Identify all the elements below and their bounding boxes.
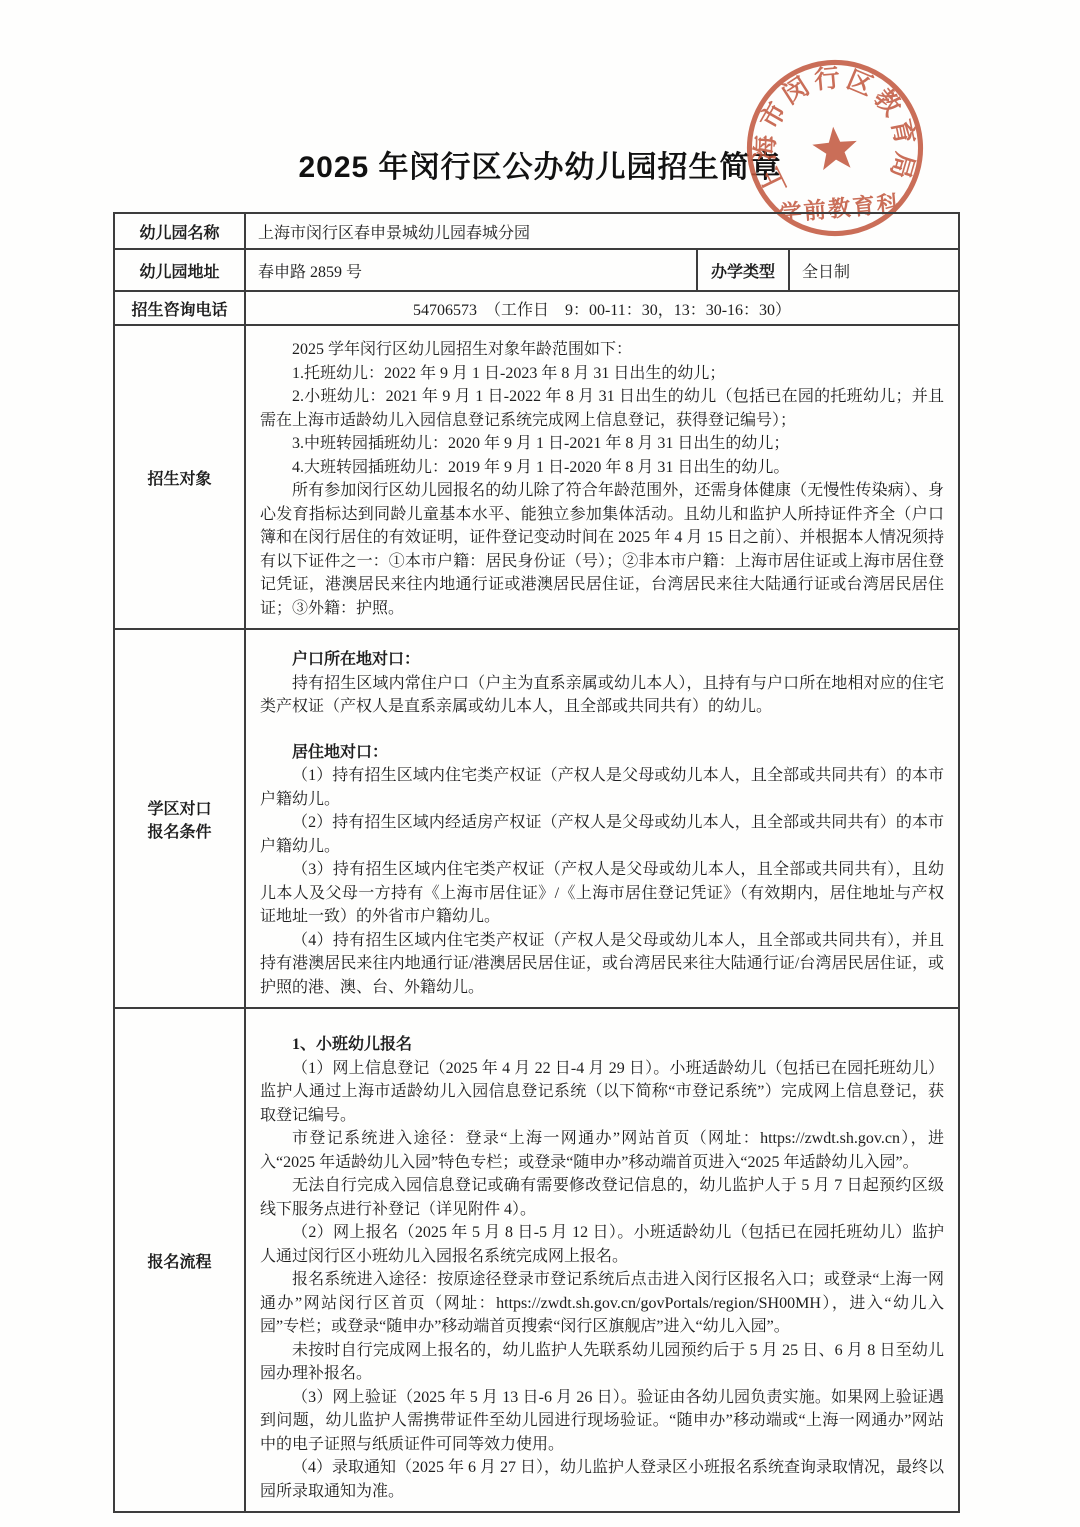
document-page: 2025 年闵行区公办幼儿园招生简章 上海市闵行区教育局 学前教育科 幼儿园名称… bbox=[0, 0, 1080, 1527]
paragraph: 无法自行完成入园信息登记或确有需要修改登记信息的，幼儿监护人于 5 月 7 日起… bbox=[260, 1174, 944, 1221]
district-label-line1: 学区对口 bbox=[117, 796, 242, 819]
paragraph: （1）持有招生区域内住宅类产权证（产权人是父母或幼儿本人，且全部或共同共有）的本… bbox=[260, 764, 944, 811]
paragraph: （2）持有招生区域内经适房产权证（产权人是父母或幼儿本人，且全部或共同共有）的本… bbox=[260, 811, 944, 858]
paragraph: 2025 学年闵行区幼儿园招生对象年龄范围如下： bbox=[260, 338, 944, 362]
table-row: 招生咨询电话 54706573 （工作日 9：00-11：30，13：30-16… bbox=[114, 291, 959, 325]
table-row: 幼儿园地址 春申路 2859 号 办学类型 全日制 bbox=[114, 249, 959, 291]
kindergarten-name-label: 幼儿园名称 bbox=[114, 213, 245, 249]
table-row: 招生对象 2025 学年闵行区幼儿园招生对象年龄范围如下：1.托班幼儿：2022… bbox=[114, 325, 959, 629]
school-type-label: 办学类型 bbox=[697, 249, 789, 291]
table-row: 报名流程 1、小班幼儿报名（1）网上信息登记（2025 年 4 月 22 日-4… bbox=[114, 1008, 959, 1512]
table-row: 幼儿园名称 上海市闵行区春申景城幼儿园春城分园 bbox=[114, 213, 959, 249]
paragraph: （1）网上信息登记（2025 年 4 月 22 日-4 月 29 日）。小班适龄… bbox=[260, 1057, 944, 1128]
paragraph: （2）网上报名（2025 年 5 月 8 日-5 月 12 日）。小班适龄幼儿（… bbox=[260, 1221, 944, 1268]
district-label-line2: 报名条件 bbox=[117, 819, 242, 842]
school-type-value: 全日制 bbox=[789, 249, 959, 291]
district-section-content: 户口所在地对口：持有招生区域内常住户口（户主为直系亲属或幼儿本人），且持有与户口… bbox=[245, 629, 959, 1008]
kindergarten-name-value: 上海市闵行区春申景城幼儿园春城分园 bbox=[245, 213, 959, 249]
paragraph: 所有参加闵行区幼儿园报名的幼儿除了符合年龄范围外，还需身体健康（无慢性传染病）、… bbox=[260, 479, 944, 620]
phone-label: 招生咨询电话 bbox=[114, 291, 245, 325]
paragraph: 报名系统进入途径：按原途径登录市登记系统后点击进入闵行区报名入口；或登录“上海一… bbox=[260, 1268, 944, 1339]
phone-value: 54706573 （工作日 9：00-11：30，13：30-16：30） bbox=[245, 291, 959, 325]
paragraph: 未按时自行完成网上报名的，幼儿监护人先联系幼儿园预约后于 5 月 25 日、6 … bbox=[260, 1339, 944, 1386]
paragraph: 1、小班幼儿报名 bbox=[260, 1033, 944, 1057]
target-section-content: 2025 学年闵行区幼儿园招生对象年龄范围如下：1.托班幼儿：2022 年 9 … bbox=[245, 325, 959, 629]
district-section-label: 学区对口 报名条件 bbox=[114, 629, 245, 1008]
paragraph: （4）录取通知（2025 年 6 月 27 日），幼儿监护人登录区小班报名系统查… bbox=[260, 1456, 944, 1503]
paragraph: （3）持有招生区域内住宅类产权证（产权人是父母或幼儿本人，且全部或共同共有），且… bbox=[260, 858, 944, 929]
paragraph: 4.大班转园插班幼儿：2019 年 9 月 1 日-2020 年 8 月 31 … bbox=[260, 456, 944, 480]
enrollment-info-table: 幼儿园名称 上海市闵行区春申景城幼儿园春城分园 幼儿园地址 春申路 2859 号… bbox=[113, 212, 960, 1513]
paragraph: （4）持有招生区域内住宅类产权证（产权人是父母或幼儿本人，且全部或共同共有），并… bbox=[260, 929, 944, 1000]
paragraph: 持有招生区域内常住户口（户主为直系亲属或幼儿本人），且持有与户口所在地相对应的住… bbox=[260, 672, 944, 719]
paragraph: 1.托班幼儿：2022 年 9 月 1 日-2023 年 8 月 31 日出生的… bbox=[260, 362, 944, 386]
paragraph: 市登记系统进入途径：登录“上海一网通办”网站首页（网址：https://zwdt… bbox=[260, 1127, 944, 1174]
process-section-content: 1、小班幼儿报名（1）网上信息登记（2025 年 4 月 22 日-4 月 29… bbox=[245, 1008, 959, 1512]
paragraph: （3）网上验证（2025 年 5 月 13 日-6 月 26 日）。验证由各幼儿… bbox=[260, 1386, 944, 1457]
process-section-label: 报名流程 bbox=[114, 1008, 245, 1512]
paragraph: 户口所在地对口： bbox=[260, 648, 944, 672]
target-section-label: 招生对象 bbox=[114, 325, 245, 629]
address-label: 幼儿园地址 bbox=[114, 249, 245, 291]
page-title: 2025 年闵行区公办幼儿园招生简章 bbox=[0, 142, 1080, 186]
address-value: 春申路 2859 号 bbox=[245, 249, 697, 291]
paragraph: 3.中班转园插班幼儿：2020 年 9 月 1 日-2021 年 8 月 31 … bbox=[260, 432, 944, 456]
paragraph: 2.小班幼儿：2021 年 9 月 1 日-2022 年 8 月 31 日出生的… bbox=[260, 385, 944, 432]
table-row: 学区对口 报名条件 户口所在地对口：持有招生区域内常住户口（户主为直系亲属或幼儿… bbox=[114, 629, 959, 1008]
paragraph: 居住地对口： bbox=[260, 741, 944, 765]
